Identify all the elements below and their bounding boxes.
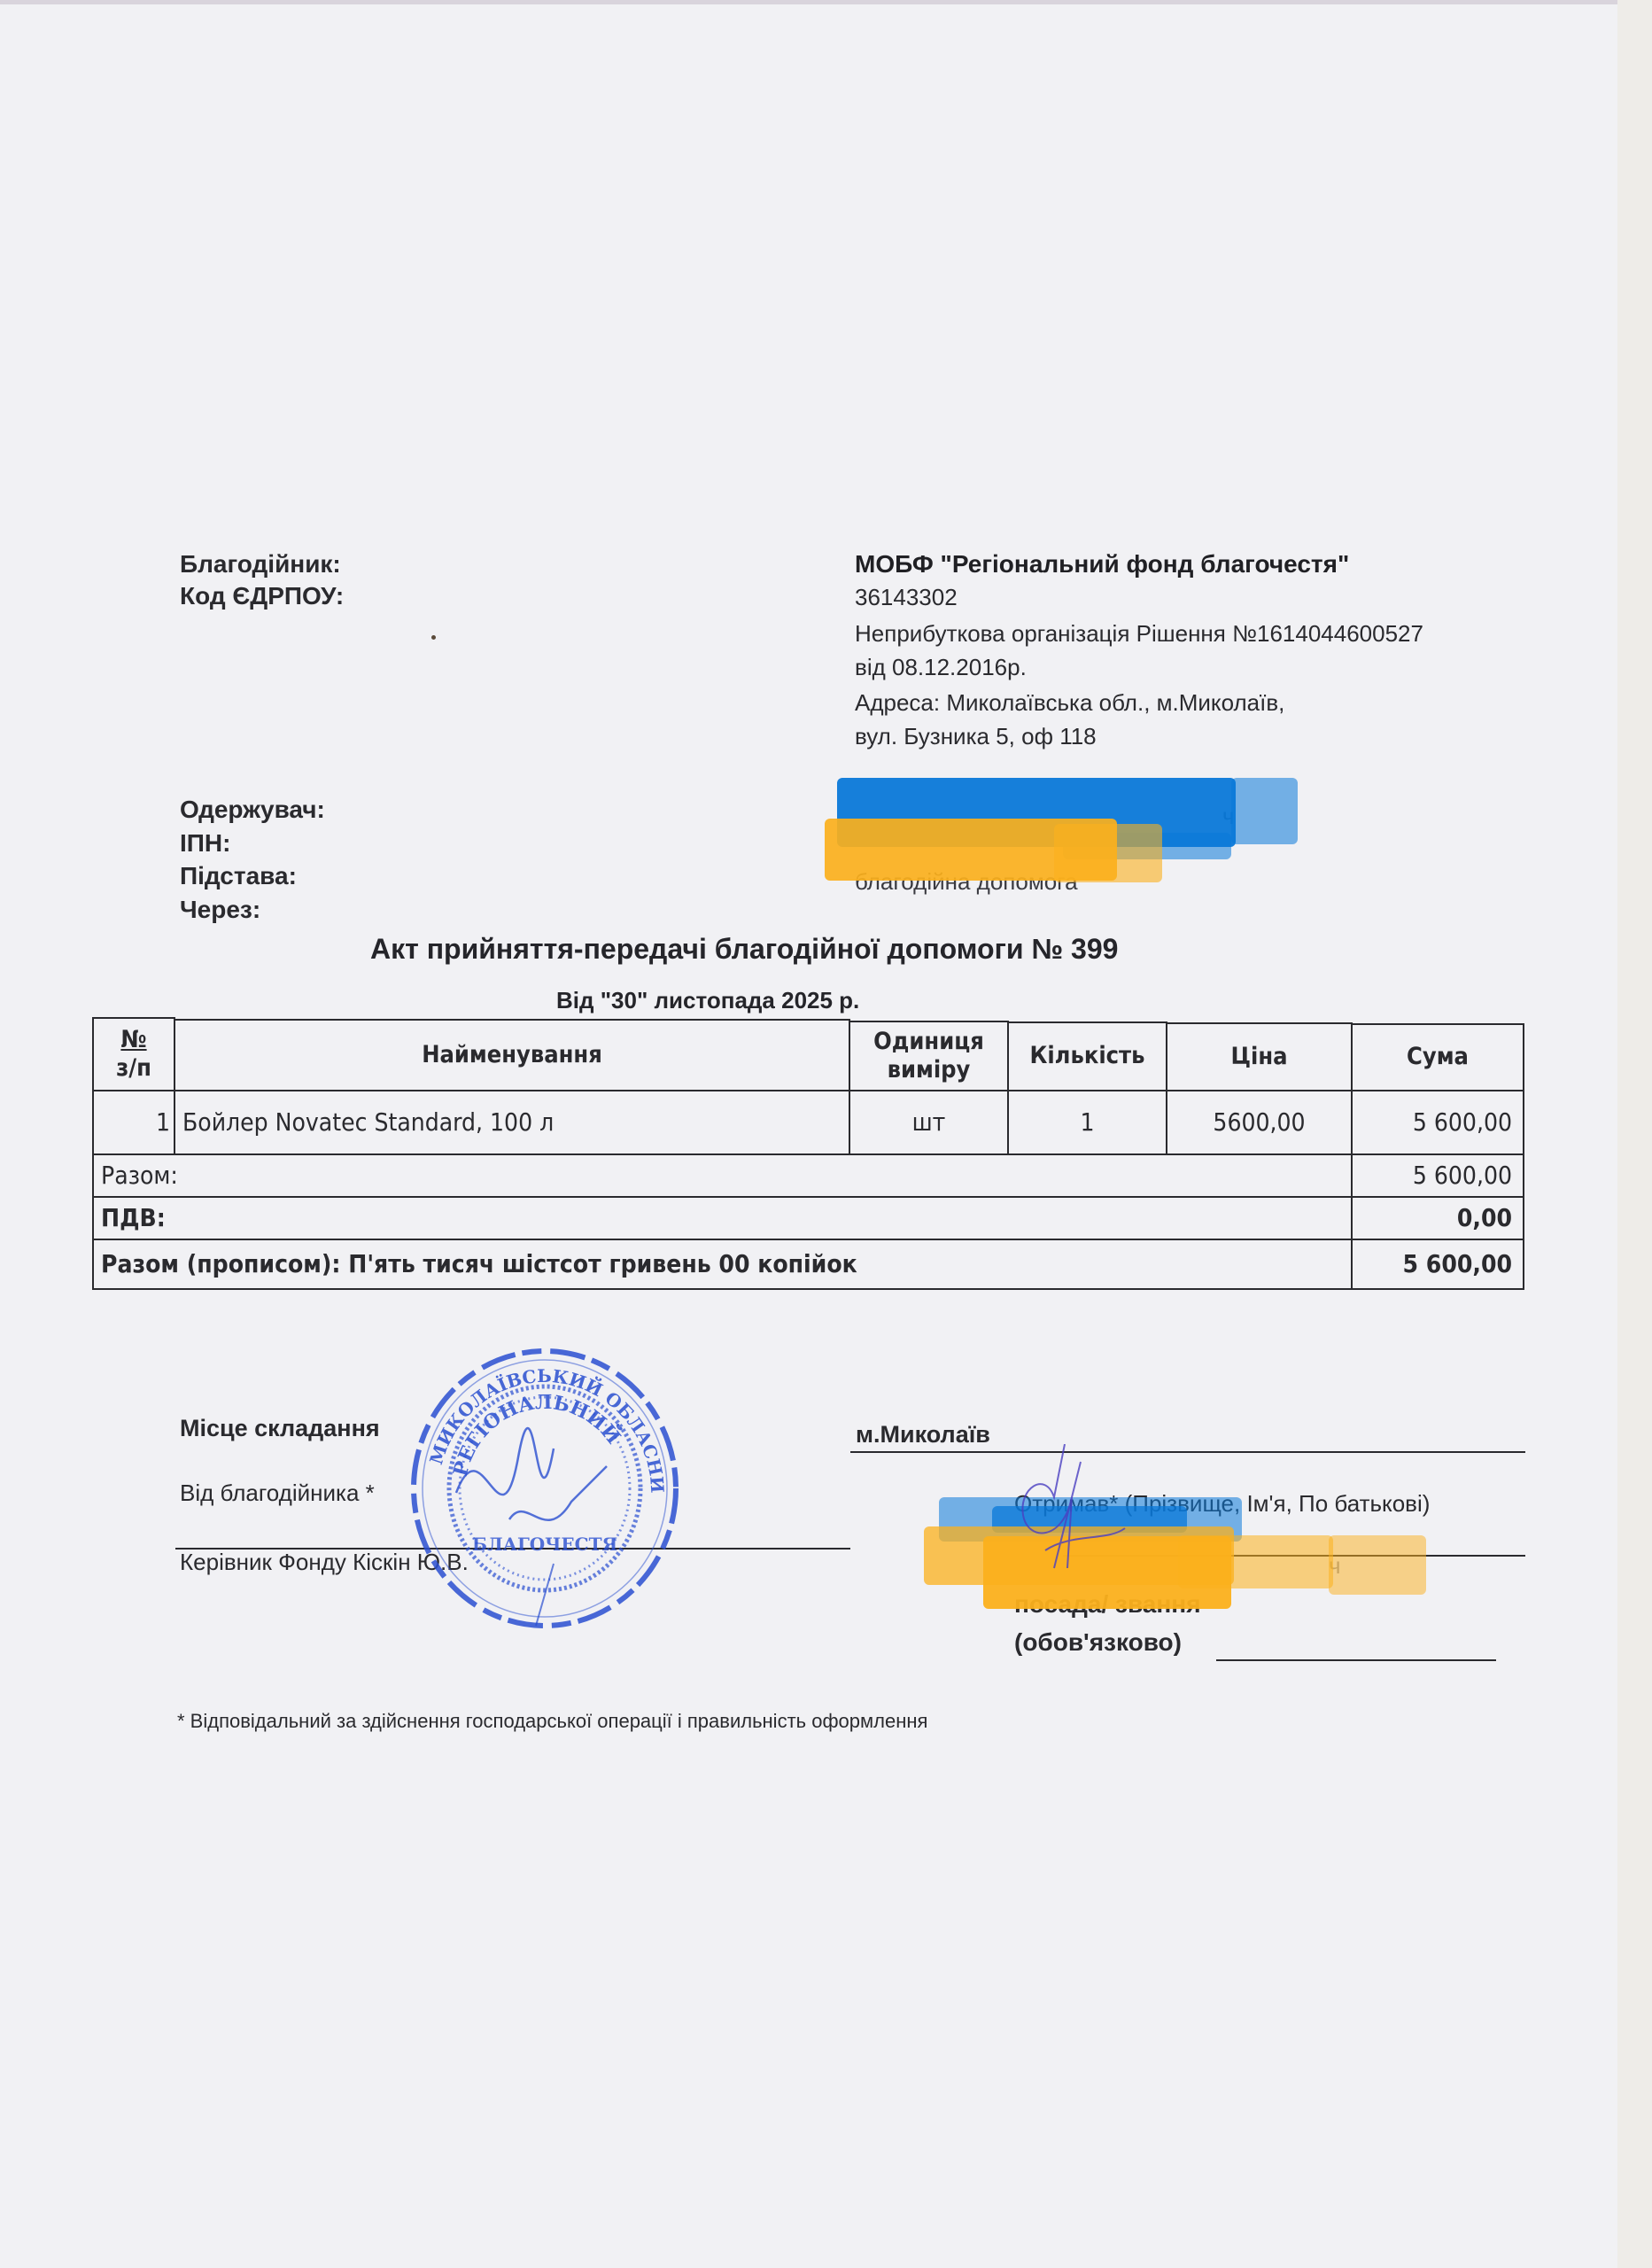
footnote: * Відповідальний за здійснення господарс… [177, 1710, 927, 1733]
total-value: 5 600,00 [1351, 1153, 1524, 1198]
from-donor-label: Від благодійника * [180, 1480, 375, 1507]
td-name: Бойлер Novatec Standard, 100 л [174, 1090, 850, 1155]
vat-label: ПДВ: [92, 1196, 1353, 1240]
th-sum: Сума [1351, 1023, 1524, 1091]
recipient-signature-icon [992, 1444, 1169, 1577]
position-label-line2: (обов'язково) [1014, 1628, 1182, 1657]
donor-status-line1: Неприбуткова організація Рішення №161404… [855, 620, 1423, 648]
td-price: 5600,00 [1166, 1090, 1353, 1155]
td-sum: 5 600,00 [1351, 1090, 1524, 1155]
svg-text:БЛАГОЧЕСТЯ: БЛАГОЧЕСТЯ [472, 1534, 617, 1555]
ipn-label: ІПН: [180, 829, 230, 858]
donor-label: Благодійник: [180, 550, 341, 579]
th-number: № з/п [92, 1017, 175, 1091]
act-title: Акт прийняття-передачі благодійної допом… [370, 933, 1118, 966]
th-unit-line1: Одиниця [873, 1028, 984, 1056]
th-unit: Одиниця виміру [849, 1021, 1009, 1091]
place-underline [850, 1451, 1525, 1453]
recipient-label: Одержувач: [180, 796, 325, 824]
donor-name: МОБФ "Регіональний фонд благочестя" [855, 550, 1349, 579]
donor-status-line2: від 08.12.2016р. [855, 654, 1027, 681]
td-number: 1 [92, 1090, 175, 1155]
total-in-words-value: 5 600,00 [1351, 1239, 1524, 1290]
donor-edrpou: 36143302 [855, 584, 958, 611]
td-qty: 1 [1007, 1090, 1167, 1155]
position-underline [1216, 1659, 1496, 1661]
edrpou-label: Код ЄДРПОУ: [180, 582, 344, 610]
total-in-words: Разом (прописом): П'ять тисяч шістсот гр… [92, 1239, 1353, 1290]
basis-label: Підстава: [180, 862, 297, 890]
donor-address-line1: Адреса: Миколаївська обл., м.Миколаїв, [855, 689, 1284, 717]
th-number-line1: № [120, 1026, 146, 1054]
th-name: Найменування [174, 1019, 850, 1091]
vat-value: 0,00 [1351, 1196, 1524, 1240]
via-label: Через: [180, 896, 260, 924]
redaction-blue-tail [1231, 778, 1298, 844]
place-value: м.Миколаїв [856, 1421, 990, 1449]
donor-address-line2: вул. Бузника 5, оф 118 [855, 723, 1097, 750]
scan-speck [431, 635, 436, 640]
th-unit-line2: виміру [888, 1056, 971, 1084]
place-label: Місце складання [180, 1415, 380, 1442]
redaction-yellow-receiver-tail [1329, 1535, 1426, 1595]
act-date: Від "30" листопада 2025 р. [556, 987, 859, 1014]
fund-stamp-icon: МИКОЛАЇВСЬКИЙ ОБЛАСНИЙ РЕГІОНАЛЬНИЙ БЛАГ… [403, 1342, 686, 1635]
th-qty: Кількість [1007, 1021, 1167, 1091]
total-label: Разом: [92, 1153, 1353, 1198]
th-price: Ціна [1166, 1022, 1353, 1091]
th-number-line2: з/п [116, 1054, 151, 1083]
td-unit: шт [849, 1090, 1009, 1155]
redaction-yellow-receiver-mid [1178, 1535, 1333, 1588]
redaction-yellow-tail [1054, 824, 1162, 882]
page-edge [0, 0, 1617, 4]
